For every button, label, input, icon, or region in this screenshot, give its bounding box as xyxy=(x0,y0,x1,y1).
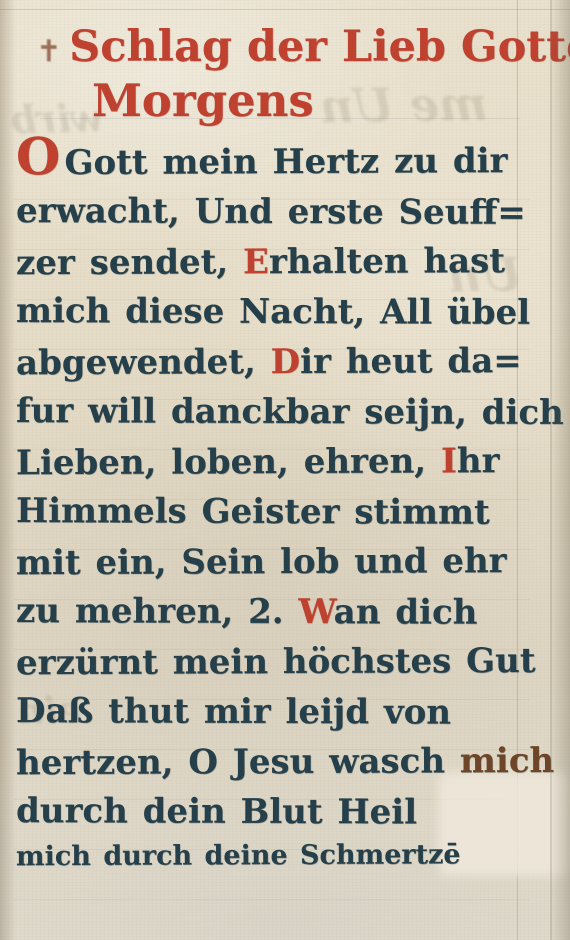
hymn-title: ✝Schlag der Lieb Gottes Morgens xyxy=(16,26,570,123)
text-segment: mich xyxy=(460,741,555,781)
text-segment: hertzen, O Jesu wasch xyxy=(16,741,460,783)
text-line: Lieben, loben, ehren, Ihr xyxy=(16,436,570,488)
text-segment: durch dein Blut Heil xyxy=(16,791,417,832)
text-line: Himmels Geister stimmt xyxy=(16,486,570,538)
text-segment: fur will danckbar seijn, dich xyxy=(16,391,564,433)
text-segment: erzürnt mein höchstes Gut xyxy=(16,641,536,683)
text-segment: mit ein, Sein lob und ehr xyxy=(16,541,507,583)
text-segment: mich durch deine Schmertzē xyxy=(16,839,461,872)
text-line: zer sendet, Erhalten hast xyxy=(16,236,570,288)
text-line: durch dein Blut Heil xyxy=(16,786,570,838)
text-segment: abgewendet, xyxy=(16,342,271,383)
gutter-shadow xyxy=(0,0,16,940)
rubric-initial: W xyxy=(298,592,333,632)
text-segment: Daß thut mir leijd von xyxy=(16,691,451,733)
rubric-initial: I xyxy=(441,441,457,481)
text-line: mich diese Nacht, All übel xyxy=(16,286,570,338)
text-line: hertzen, O Jesu wasch mich xyxy=(16,736,570,788)
text-line: erwacht, Und erste Seuff= xyxy=(16,186,570,238)
text-segment: rhalten hast xyxy=(269,241,505,282)
text-line: abgewendet, Dir heut da= xyxy=(16,336,570,388)
manuscript-page: me UnwirbUnein ✝Schlag der Lieb Gottes M… xyxy=(0,0,570,940)
rubric-initial: D xyxy=(271,342,301,382)
text-segment: Gott mein Hertz zu dir xyxy=(64,141,507,183)
title-line-1: ✝Schlag der Lieb Gottes xyxy=(36,26,570,69)
text-segment: mich diese Nacht, All übel xyxy=(16,291,530,333)
page-crease xyxy=(550,0,552,940)
rubric-initial: E xyxy=(243,242,269,282)
text-line: mich durch deine Schmertzē xyxy=(16,836,570,876)
text-segment: Lieben, loben, ehren, xyxy=(16,441,441,483)
text-line: zu mehren, 2. Wan dich xyxy=(16,586,570,638)
page-content: ✝Schlag der Lieb Gottes Morgens OGott me… xyxy=(0,0,570,875)
text-segment: hr xyxy=(457,441,500,481)
text-segment: zer sendet, xyxy=(16,242,243,283)
text-line: erzürnt mein höchstes Gut xyxy=(16,636,570,688)
text-segment: ir heut da= xyxy=(300,341,522,382)
page-edge-shadow xyxy=(550,0,570,940)
text-segment: Himmels Geister stimmt xyxy=(16,491,490,533)
title-text-1: Schlag der Lieb Gottes xyxy=(69,22,570,72)
text-line: mit ein, Sein lob und ehr xyxy=(16,536,570,588)
cross-mark-icon: ✝ xyxy=(36,37,61,67)
text-segment: erwacht, Und erste Seuff= xyxy=(16,191,526,233)
hymn-body: OGott mein Hertz zu direrwacht, Und erst… xyxy=(16,135,570,875)
text-segment: an dich xyxy=(334,592,478,633)
text-line: fur will danckbar seijn, dich xyxy=(16,386,570,438)
text-line: OGott mein Hertz zu dir xyxy=(16,134,570,188)
text-line: Daß thut mir leijd von xyxy=(16,686,570,738)
text-segment: zu mehren, 2. xyxy=(16,591,299,632)
rubric-initial: O xyxy=(16,127,61,187)
title-line-2: Morgens xyxy=(92,78,570,123)
